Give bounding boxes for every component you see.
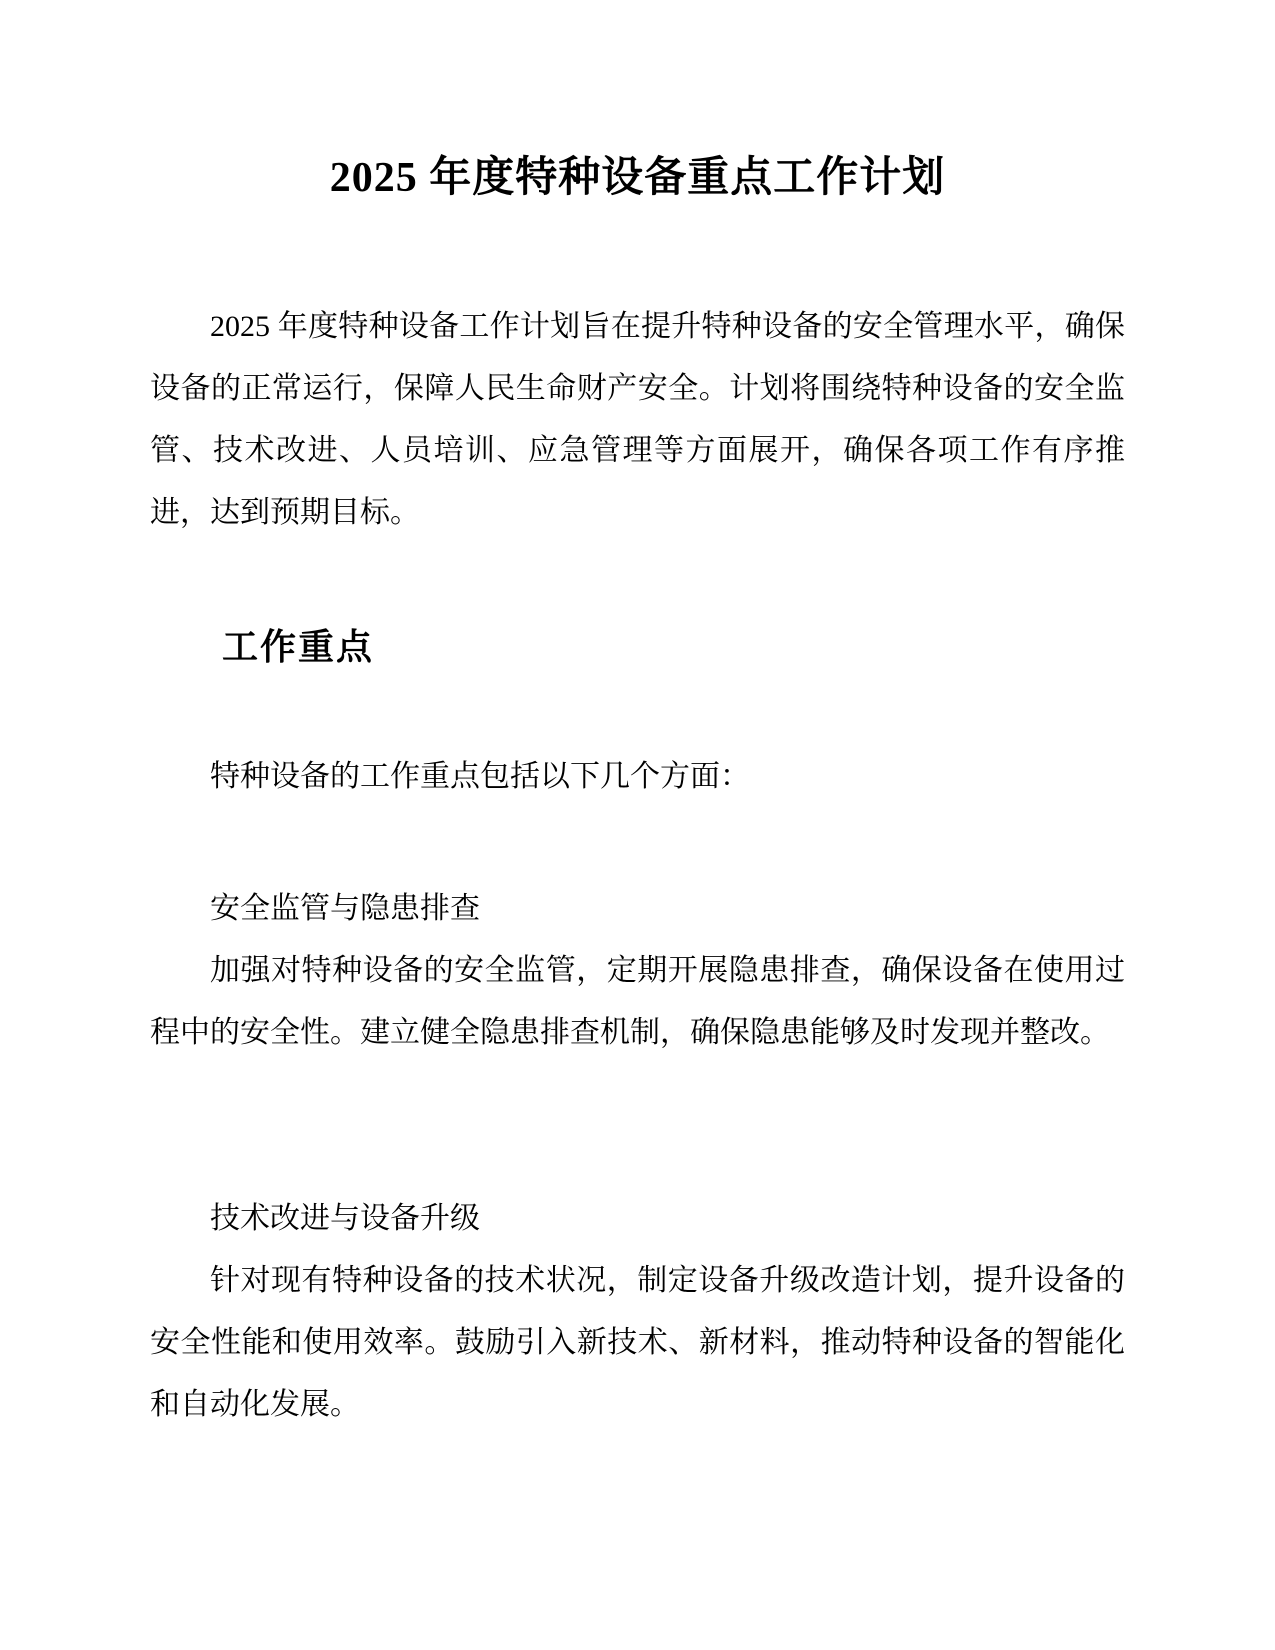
item-title: 技术改进与设备升级 (150, 1188, 1125, 1250)
intro-paragraph: 2025 年度特种设备工作计划旨在提升特种设备的安全管理水平，确保设备的正常运行… (150, 296, 1125, 544)
item-body: 针对现有特种设备的技术状况，制定设备升级改造计划，提升设备的安全性能和使用效率。… (150, 1250, 1125, 1436)
document-page: 2025 年度特种设备重点工作计划 2025 年度特种设备工作计划旨在提升特种设… (0, 0, 1275, 1650)
section-item-tech-upgrade: 技术改进与设备升级 针对现有特种设备的技术状况，制定设备升级改造计划，提升设备的… (150, 1188, 1125, 1436)
item-body: 加强对特种设备的安全监管，定期开展隐患排查，确保设备在使用过程中的安全性。建立健… (150, 940, 1125, 1064)
document-title: 2025 年度特种设备重点工作计划 (150, 138, 1125, 218)
item-title: 安全监管与隐患排查 (150, 878, 1125, 940)
section-heading-work-focus: 工作重点 (150, 612, 1125, 682)
section-item-safety-supervision: 安全监管与隐患排查 加强对特种设备的安全监管，定期开展隐患排查，确保设备在使用过… (150, 878, 1125, 1064)
section-lead-paragraph: 特种设备的工作重点包括以下几个方面： (150, 746, 1125, 808)
